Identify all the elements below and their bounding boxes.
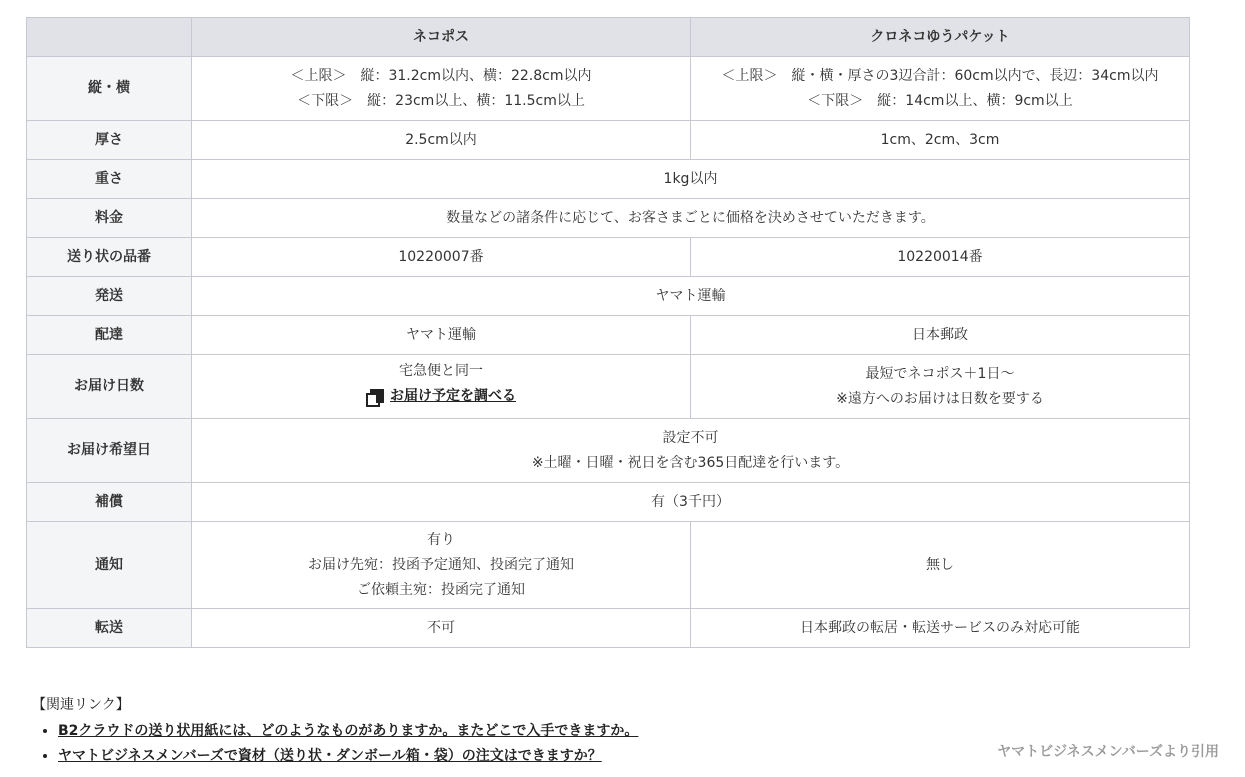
- row-label: 配達: [27, 316, 192, 355]
- cell-nekopos: ヤマト運輸: [192, 316, 691, 355]
- related-link-b2-cloud-slip[interactable]: B2クラウドの送り状用紙には、どのようなものがありますか。またどこで入手できます…: [58, 723, 638, 739]
- cell-nekopos: 2.5cm以内: [192, 121, 691, 160]
- row-price: 料金 数量などの諸条件に応じて、お客さまごとに価格を決めさせていただきます。: [27, 199, 1190, 238]
- row-delivery-days: お届け日数 宅急便と同一 お届け予定を調べる 最短でネコポス＋1日～ ※遠方への…: [27, 355, 1190, 419]
- cell-yu-packet: 10220014番: [691, 238, 1190, 277]
- header-nekopos: ネコポス: [192, 18, 691, 57]
- related-links-list: B2クラウドの送り状用紙には、どのようなものがありますか。またどこで入手できます…: [32, 719, 638, 769]
- cell-merged: 設定不可 ※土曜・日曜・祝日を含む365日配達を行います。: [192, 419, 1190, 483]
- row-label: お届け希望日: [27, 419, 192, 483]
- row-desired-date: お届け希望日 設定不可 ※土曜・日曜・祝日を含む365日配達を行います。: [27, 419, 1190, 483]
- cell-yu-packet: 1cm、2cm、3cm: [691, 121, 1190, 160]
- cell-yu-packet: 無し: [691, 522, 1190, 609]
- list-item: B2クラウドの送り状用紙には、どのようなものがありますか。またどこで入手できます…: [58, 719, 638, 744]
- header-row: ネコポス クロネコゆうパケット: [27, 18, 1190, 57]
- cell-merged: ヤマト運輸: [192, 277, 1190, 316]
- cell-yu-packet: 日本郵政の転居・転送サービスのみ対応可能: [691, 609, 1190, 648]
- cell-merged: 有（3千円）: [192, 483, 1190, 522]
- row-dimensions: 縦・横 ＜上限＞ 縦：31.2cm以内、横：22.8cm以内 ＜下限＞ 縦：23…: [27, 57, 1190, 121]
- row-delivery: 配達 ヤマト運輸 日本郵政: [27, 316, 1190, 355]
- row-thickness: 厚さ 2.5cm以内 1cm、2cm、3cm: [27, 121, 1190, 160]
- related-link-order-materials[interactable]: ヤマトビジネスメンバーズで資材（送り状・ダンボール箱・袋）の注文はできますか？: [58, 748, 602, 764]
- cell-nekopos: 宅急便と同一 お届け予定を調べる: [192, 355, 691, 419]
- row-label: 補償: [27, 483, 192, 522]
- row-label: 通知: [27, 522, 192, 609]
- row-label: 発送: [27, 277, 192, 316]
- row-weight: 重さ 1kg以内: [27, 160, 1190, 199]
- row-label: 料金: [27, 199, 192, 238]
- row-compensation: 補償 有（3千円）: [27, 483, 1190, 522]
- list-item: ヤマトビジネスメンバーズで資材（送り状・ダンボール箱・袋）の注文はできますか？: [58, 744, 638, 769]
- cell-nekopos: 不可: [192, 609, 691, 648]
- header-kuroneko-yu-packet: クロネコゆうパケット: [691, 18, 1190, 57]
- row-label: 送り状の品番: [27, 238, 192, 277]
- row-notification: 通知 有り お届け先宛：投函予定通知、投函完了通知 ご依頼主宛：投函完了通知 無…: [27, 522, 1190, 609]
- cell-yu-packet: 日本郵政: [691, 316, 1190, 355]
- cell-merged: 1kg以内: [192, 160, 1190, 199]
- cell-nekopos: 有り お届け先宛：投函予定通知、投函完了通知 ご依頼主宛：投函完了通知: [192, 522, 691, 609]
- source-credit: ヤマトビジネスメンバーズより引用: [997, 741, 1219, 761]
- related-links-section: 【関連リンク】 B2クラウドの送り状用紙には、どのようなものがありますか。またど…: [32, 693, 638, 769]
- external-window-icon: [366, 389, 382, 405]
- comparison-table: ネコポス クロネコゆうパケット 縦・横 ＜上限＞ 縦：31.2cm以内、横：22…: [26, 17, 1190, 648]
- row-shipping: 発送 ヤマト運輸: [27, 277, 1190, 316]
- row-slip-number: 送り状の品番 10220007番 10220014番: [27, 238, 1190, 277]
- row-forwarding: 転送 不可 日本郵政の転居・転送サービスのみ対応可能: [27, 609, 1190, 648]
- header-empty: [27, 18, 192, 57]
- cell-yu-packet: 最短でネコポス＋1日～ ※遠方へのお届けは日数を要する: [691, 355, 1190, 419]
- related-links-heading: 【関連リンク】: [32, 693, 638, 717]
- row-label: お届け日数: [27, 355, 192, 419]
- row-label: 厚さ: [27, 121, 192, 160]
- row-label: 転送: [27, 609, 192, 648]
- cell-nekopos: ＜上限＞ 縦：31.2cm以内、横：22.8cm以内 ＜下限＞ 縦：23cm以上…: [192, 57, 691, 121]
- check-delivery-schedule-link[interactable]: お届け予定を調べる: [366, 384, 516, 409]
- row-label: 重さ: [27, 160, 192, 199]
- row-label: 縦・横: [27, 57, 192, 121]
- cell-merged: 数量などの諸条件に応じて、お客さまごとに価格を決めさせていただきます。: [192, 199, 1190, 238]
- cell-nekopos: 10220007番: [192, 238, 691, 277]
- cell-yu-packet: ＜上限＞ 縦・横・厚さの3辺合計：60cm以内で、長辺：34cm以内 ＜下限＞ …: [691, 57, 1190, 121]
